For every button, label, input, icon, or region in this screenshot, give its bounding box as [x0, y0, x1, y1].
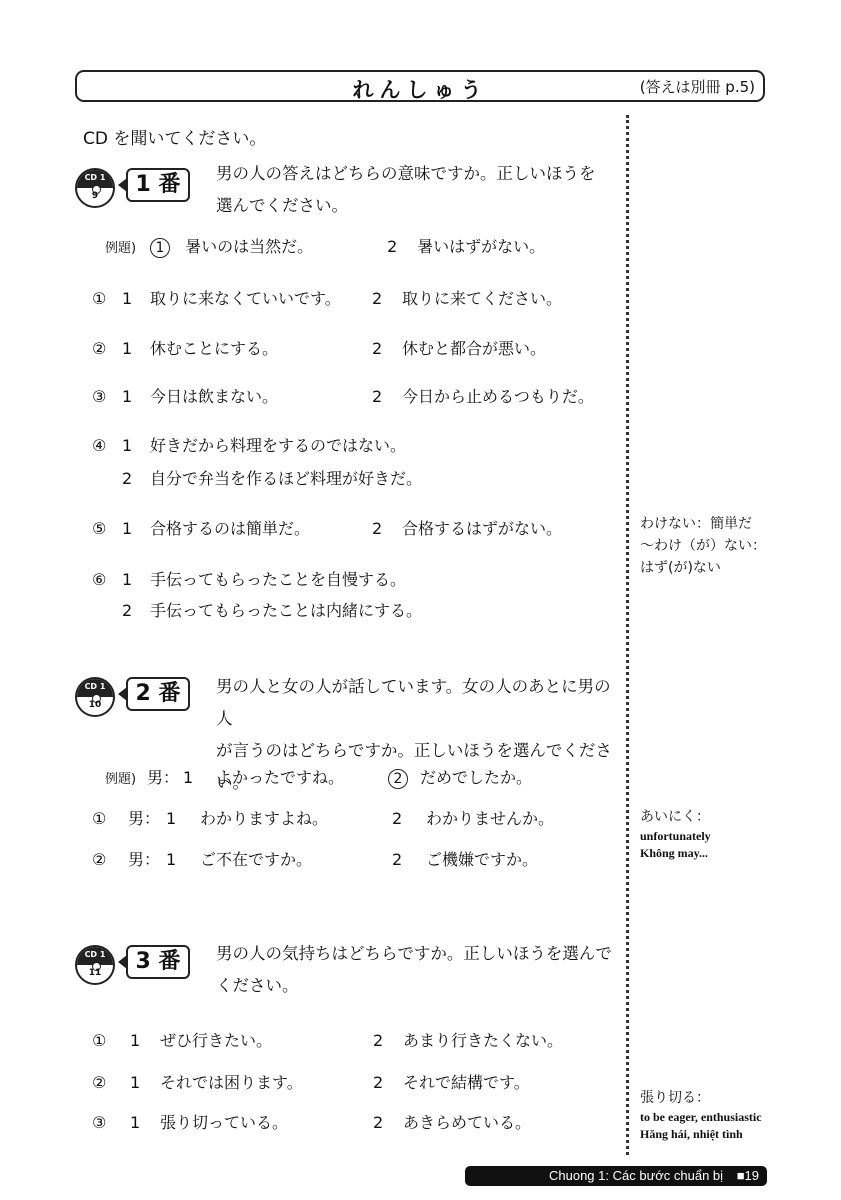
list-item: ⑥1手伝ってもらったことを自慢する。 [92, 567, 406, 590]
question-text: 男の人の答えはどちらの意味ですか。正しいほうを 選んでください。 [216, 158, 616, 222]
page-number: ■19 [737, 1168, 759, 1183]
list-item: 2手伝ってもらったことは内緒にする。 [122, 598, 422, 621]
sidebar-note: あいにく： unfortunately Không may... [640, 806, 711, 862]
chapter-title: Chuong 1: Các bước chuẩn bị [549, 1168, 723, 1183]
margin-divider [626, 115, 629, 1155]
page-footer: Chuong 1: Các bước chuẩn bị ■19 [465, 1166, 767, 1186]
list-item: ⑤1合格するのは簡単だ。2合格するはずがない。 [92, 516, 562, 539]
question-number: 1 番 [126, 168, 190, 202]
question-number: 2 番 [126, 677, 190, 711]
list-item: 2自分で弁当を作るほど料理が好きだ。 [122, 466, 422, 489]
list-item: ③1今日は飲まない。2今日から止めるつもりだ。 [92, 384, 594, 407]
list-item: ②男：1ご不在ですか。2ご機嫌ですか。 [92, 847, 538, 870]
example-row: 例題)男：1よかったですね。2だめでしたか。 [105, 765, 532, 789]
list-item: ②1それでは困ります。2それで結構です。 [92, 1070, 530, 1093]
list-item: ①男：1わかりますよね。2わかりませんか。 [92, 806, 554, 829]
question-number: 3 番 [126, 945, 190, 979]
list-item: ④1好きだから料理をするのではない。 [92, 433, 406, 456]
cd-track-icon: CD 1 9 [75, 168, 115, 208]
intro-text: CD を聞いてください。 [83, 124, 266, 149]
answer-reference: (答えは別冊 p.5) [640, 76, 755, 97]
list-item: ①1取りに来なくていいです。2取りに来てください。 [92, 286, 562, 309]
list-item: ③1張り切っている。2あきらめている。 [92, 1110, 531, 1133]
cd-track-icon: CD 1 10 [75, 677, 115, 717]
selected-answer: 1 [150, 238, 170, 258]
example-row: 例題)1 暑いのは当然だ。2暑いはずがない。 [105, 234, 545, 258]
sidebar-note: わけない：簡単だ 〜わけ（が）ない： はず(が)ない [640, 513, 766, 579]
list-item: ①1ぜひ行きたい。2あまり行きたくない。 [92, 1028, 563, 1051]
cd-track-icon: CD 1 11 [75, 945, 115, 985]
question-text: 男の人の気持ちはどちらですか。正しいほうを選んで ください。 [216, 938, 616, 1002]
list-item: ②1休むことにする。2休むと都合が悪い。 [92, 336, 546, 359]
selected-answer: 2 [388, 769, 408, 789]
sidebar-note: 張り切る： to be eager, enthusiastic Hăng hái… [640, 1087, 762, 1143]
page-header: れんしゅう (答えは別冊 p.5) [75, 70, 765, 102]
